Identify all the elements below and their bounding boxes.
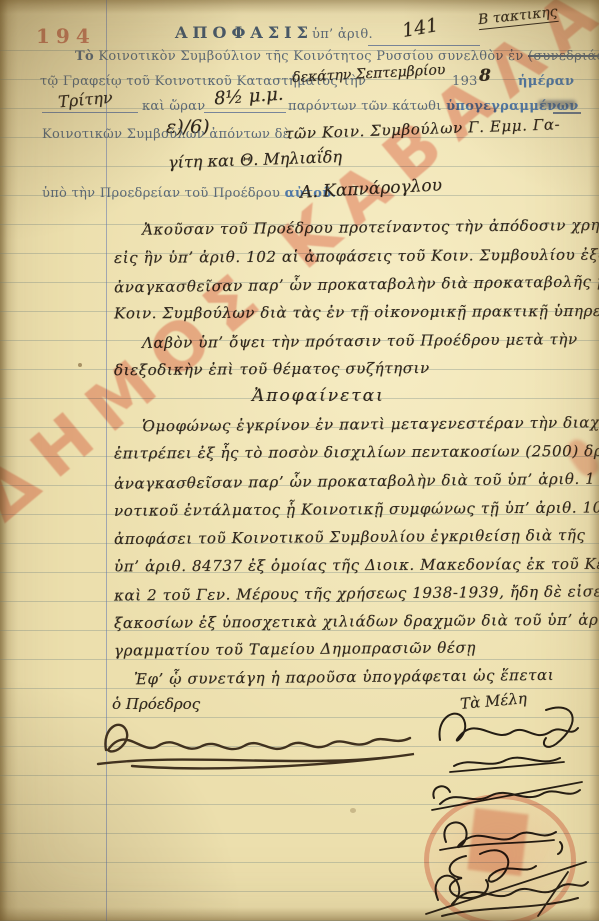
round-seal-stamp xyxy=(424,794,576,921)
president-name-handwritten: Α. Καπνάρογλου xyxy=(300,175,443,202)
handwritten-line: ὑπ’ ἀριθ. 84737 ἐξ ὁμοίας τῆς Διοικ. Μακ… xyxy=(114,555,599,576)
decision-number-label: ὑπ’ ἀριθ. xyxy=(312,27,373,42)
handwritten-line: Λαβὸν ὑπ’ ὄψει τὴν πρότασιν τοῦ Προέδρου… xyxy=(142,330,578,352)
closing-line: Ἐφ’ ᾧ συνετάγη ἡ παροῦσα ὑπογράφεται ὡς … xyxy=(134,666,554,688)
printed-presidency: ὑπὸ τὴν Προεδρείαν τοῦ Προέδρου xyxy=(42,186,280,201)
blank-underline xyxy=(42,112,138,113)
decision-number-handwritten: 141 xyxy=(400,14,440,42)
printed-line1: Κοινοτικὸν Συμβούλιον τῆς Κοινότητος Ρυσ… xyxy=(98,49,523,64)
printed-year: 193 xyxy=(452,74,478,89)
pen-dash xyxy=(553,112,581,114)
printed-line1-struck: (συνεδριάσει ἐν xyxy=(528,49,599,64)
member-signature-2 xyxy=(448,750,566,778)
handwritten-line: ἀναγκασθεῖσαν παρ’ ὧν προκαταβολὴν διὰ τ… xyxy=(114,469,599,492)
handwritten-line: Ἀκοῦσαν τοῦ Προέδρου προτείναντος τὴν ἀπ… xyxy=(142,215,599,238)
time-handwritten: 8½ μ.μ. xyxy=(213,84,284,110)
seal-emblem xyxy=(467,808,528,876)
printed-imera: ἡμέραν xyxy=(518,74,574,89)
handwritten-line: ἀναγκασθεῖσαν παρ’ ὧν προκαταβολὴν διὰ π… xyxy=(114,272,599,297)
year-digit-handwritten: 8 xyxy=(479,66,491,86)
member-signature-1 xyxy=(428,698,593,756)
ink-smudge xyxy=(538,100,576,108)
handwritten-line: διεξοδικὴν ἐπὶ τοῦ θέματος συζήτησιν xyxy=(114,359,430,379)
printed-line1-lead: Τὸ xyxy=(75,49,94,64)
absent-handwritten-1: τῶν Κοιν. Συμβούλων Γ. Εμμ. Γα- xyxy=(285,115,561,143)
ledger-page: 194 ΑΠΟΦΑΣΙΣ ὑπ’ ἀριθ. 141 Β τακτικης Τὸ… xyxy=(0,0,599,921)
day-handwritten: Τρίτην xyxy=(57,88,113,112)
printed-line3-tail: παρόντων τῶν κάτωθι xyxy=(288,99,442,114)
president-signature xyxy=(92,710,422,774)
blank-underline xyxy=(204,112,286,113)
handwritten-line: νοτικοῦ ἐντάλματος ᾗ Κοινοτικῇ συμφώνως … xyxy=(114,498,599,520)
handwritten-line: καὶ 2 τοῦ Γεν. Μέρους τῆς χρήσεως 1938-1… xyxy=(114,581,599,604)
handwritten-line: ἐπιτρέπει ἐξ ἧς τὸ ποσὸν δισχιλίων πεντα… xyxy=(114,442,599,463)
handwritten-line: ἀποφάσει τοῦ Κοινοτικοῦ Συμβουλίου ἐγκρι… xyxy=(114,526,586,548)
signature-strike xyxy=(450,762,564,772)
printed-line3-mid: καὶ ὥραν xyxy=(142,99,205,114)
printed-absent: Κοινοτικῶν Συμβούλων ἀπόντων δὲ xyxy=(42,127,290,142)
handwritten-line: ξακοσίων ἐξ ὑποσχετικὰ χιλιάδων δραχμῶν … xyxy=(114,610,599,632)
margin-note-handwritten: Β τακτικης xyxy=(477,4,558,30)
paper-speck xyxy=(268,590,271,593)
handwritten-line: Κοιν. Συμβούλων διὰ τὰς ἐν τῇ οἰκονομικῇ… xyxy=(114,302,599,323)
handwritten-line: Ὁμοφώνως ἐγκρίνον ἐν παντὶ μεταγενεστέρα… xyxy=(142,413,599,435)
page-number-stamp: 194 xyxy=(36,24,96,48)
handwritten-line: γραμματίου τοῦ Ταμείου Δημοπρασιῶν θέσῃ xyxy=(114,638,476,659)
handwritten-line: εἰς ἣν ὑπ’ ἀριθ. 102 αἱ ἀποφάσεις τοῦ Κο… xyxy=(114,245,599,267)
decision-word: Ἀποφαίνεται xyxy=(252,386,385,406)
paper-speck xyxy=(78,363,82,367)
decision-title: ΑΠΟΦΑΣΙΣ xyxy=(175,23,313,42)
blank-underline xyxy=(368,45,480,46)
date-handwritten: δεκάτην Σεπτεμβρίου xyxy=(292,62,446,86)
paper-speck xyxy=(350,808,356,813)
absent-handwritten-2: γίτη και Θ. Μηλιαΐδη xyxy=(168,147,343,172)
